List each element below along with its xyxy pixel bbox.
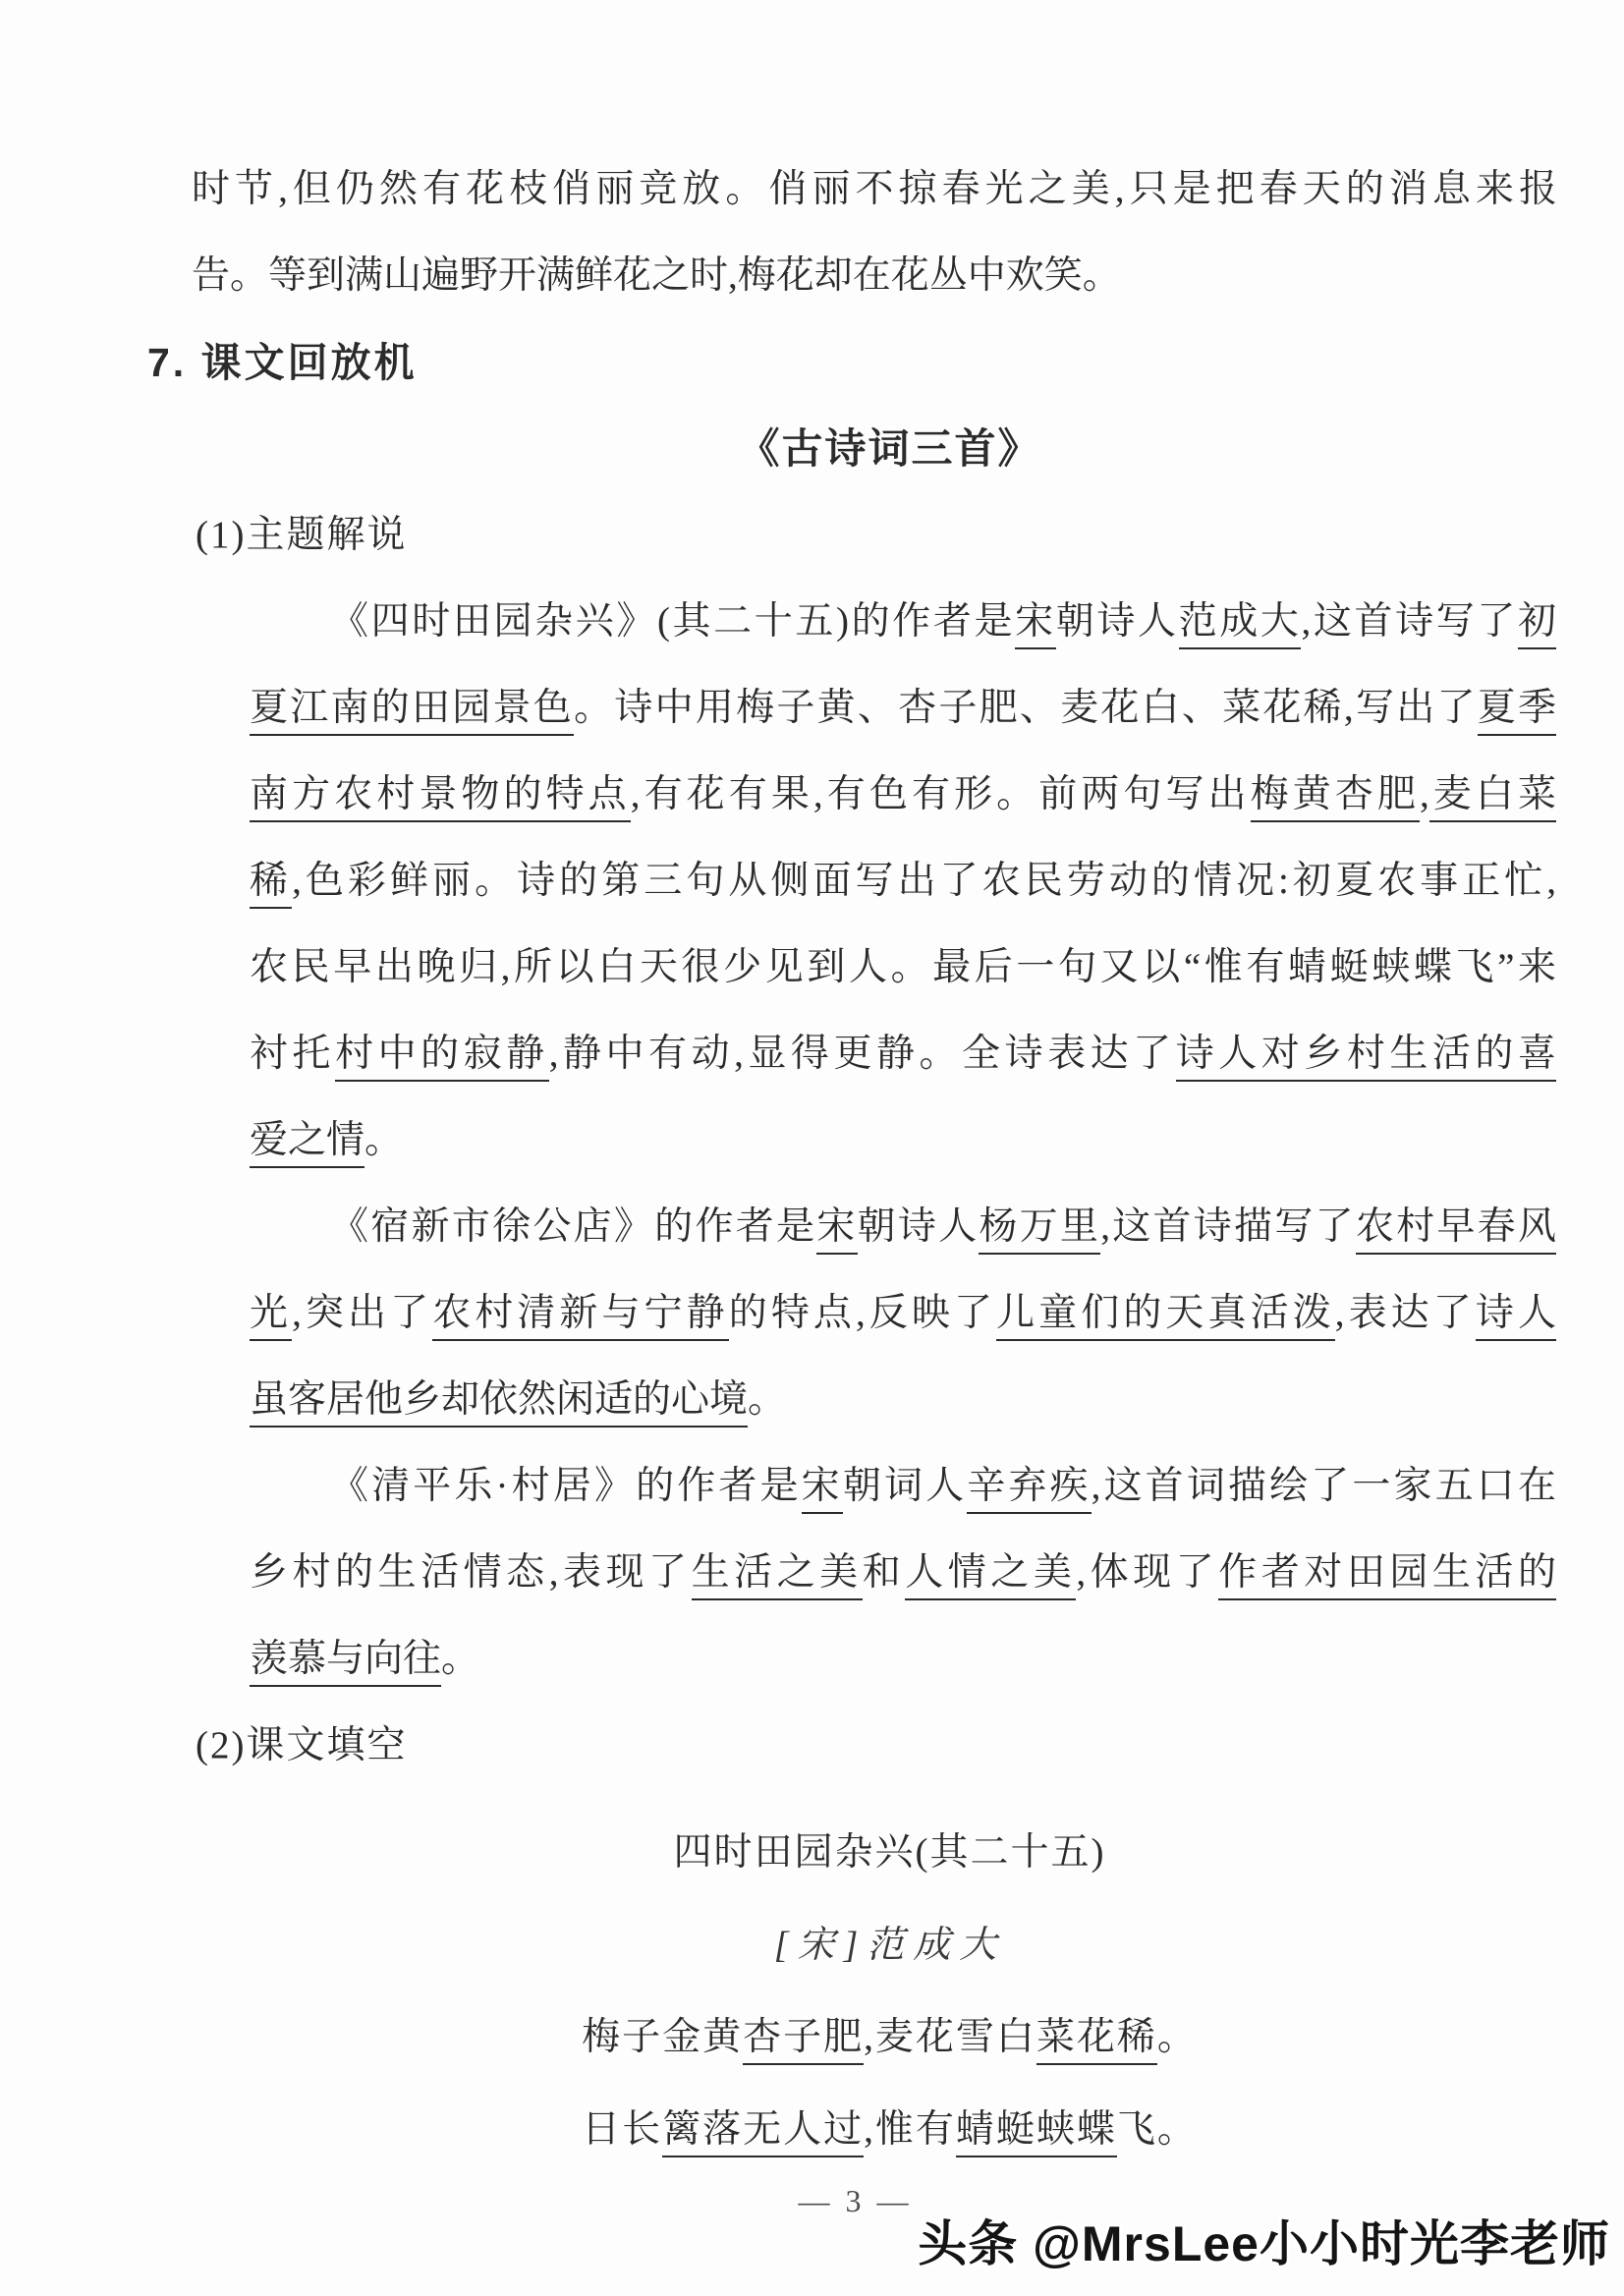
section-heading: 7. 课文回放机 <box>147 319 1624 406</box>
text-segment: 和 <box>863 1551 906 1594</box>
text-segment: ,这首诗写了 <box>1301 600 1517 643</box>
text-line: 稀,色彩鲜丽。诗的第三句从侧面写出了农民劳动的情况:初夏农事正忙, <box>250 838 1556 924</box>
poem-title: 四时田园杂兴(其二十五) <box>0 1807 1624 1899</box>
underlined-text: 宋 <box>802 1465 843 1514</box>
text-segment: 的特点,反映了 <box>729 1292 996 1334</box>
underlined-text: 篱落无人过 <box>662 2108 864 2157</box>
document-page: 时节,但仍然有花枝俏丽竞放。俏丽不掠春光之美,只是把春天的消息来报 告。等到满山… <box>0 0 1624 2296</box>
text-segment: 。 <box>748 1378 786 1421</box>
underlined-text: 夏季 <box>1478 687 1556 736</box>
text-line: 虽客居他乡却依然闲适的心境。 <box>250 1357 1556 1443</box>
underlined-text: 蜻蜓蛱蝶 <box>956 2108 1117 2157</box>
underlined-text: 梅黄杏肥 <box>1251 773 1420 822</box>
underlined-text: 初 <box>1518 600 1556 649</box>
underlined-text: 村中的寂静 <box>335 1033 549 1082</box>
underlined-text: 南方农村景物的特点 <box>250 773 631 822</box>
underlined-text: 诗人 <box>1476 1292 1556 1341</box>
text-segment: ,静中有动,显得更静。全诗表达了 <box>549 1033 1176 1075</box>
underlined-text: 麦白菜 <box>1429 773 1556 822</box>
text-segment: 朝词人 <box>843 1465 967 1507</box>
underlined-text: 儿童们的天真活泼 <box>996 1292 1335 1341</box>
watermark: 头条 @MrsLee小小时光李老师 <box>918 2205 1610 2275</box>
intro-text-line: 告。等到满山遍野开满鲜花之时,梅花却在花丛中欢笑。 <box>192 233 1557 319</box>
underlined-text: 菜花稀 <box>1036 2016 1157 2065</box>
text-segment: , <box>1420 773 1429 815</box>
text-segment: ,这首词描绘了一家五口在 <box>1092 1465 1556 1507</box>
text-line: 农民早出晚归,所以白天很少见到人。最后一句又以“惟有蜻蜓蛱蝶飞”来 <box>250 924 1556 1011</box>
text-line: 爱之情。 <box>250 1097 1556 1184</box>
text-segment: ,这首诗描写了 <box>1100 1205 1356 1248</box>
text-segment: 农民早出晚归,所以白天很少见到人。最后一句又以“惟有蜻蜓蛱蝶飞”来 <box>250 946 1556 988</box>
underlined-text: 杏子肥 <box>743 2016 864 2065</box>
text-segment: 乡村的生活情态,表现了 <box>250 1551 692 1594</box>
lesson-title: 《古诗词三首》 <box>0 406 1624 492</box>
underlined-text: 农村早春风 <box>1356 1205 1556 1255</box>
text-line: 《清平乐·村居》的作者是宋朝词人辛弃疾,这首词描绘了一家五口在 <box>250 1443 1556 1530</box>
text-line: 梅子金黄杏子肥,麦花雪白菜花稀。 <box>0 1991 1624 2084</box>
text-segment: 衬托 <box>250 1033 335 1075</box>
poem-body: 梅子金黄杏子肥,麦花雪白菜花稀。日长篱落无人过,惟有蜻蜓蛱蝶飞。 <box>0 1991 1624 2176</box>
text-segment: 朝诗人 <box>858 1205 980 1248</box>
subsection-1-label: (1)主题解说 <box>196 492 1624 579</box>
underlined-text: 光 <box>250 1292 292 1341</box>
text-line: 乡村的生活情态,表现了生活之美和人情之美,体现了作者对田园生活的 <box>250 1530 1556 1616</box>
poem-author: [宋]范成大 <box>0 1899 1624 1991</box>
text-line: 衬托村中的寂静,静中有动,显得更静。全诗表达了诗人对乡村生活的喜 <box>250 1011 1556 1097</box>
subsection-2-label: (2)课文填空 <box>196 1703 1624 1789</box>
text-segment: 朝诗人 <box>1056 600 1179 643</box>
underlined-text: 农村清新与宁静 <box>432 1292 729 1341</box>
underlined-text: 虽客居他乡却依然闲适的心境 <box>250 1378 748 1428</box>
text-segment: 飞。 <box>1117 2108 1198 2151</box>
underlined-text: 宋 <box>1015 600 1056 649</box>
underlined-text: 爱之情 <box>250 1119 364 1168</box>
text-segment: ,色彩鲜丽。诗的第三句从侧面写出了农民劳动的情况:初夏农事正忙, <box>292 860 1556 902</box>
text-line: 《四时田园杂兴》(其二十五)的作者是宋朝诗人范成大,这首诗写了初 <box>250 579 1556 665</box>
text-segment: 。诗中用梅子黄、杏子肥、麦花白、菜花稀,写出了 <box>574 687 1478 729</box>
page-content: 时节,但仍然有花枝俏丽竞放。俏丽不掠春光之美,只是把春天的消息来报 告。等到满山… <box>0 0 1624 2225</box>
text-segment: ,突出了 <box>292 1292 432 1334</box>
text-segment: ,有花有果,有色有形。前两句写出 <box>631 773 1251 815</box>
theme-paragraphs: 《四时田园杂兴》(其二十五)的作者是宋朝诗人范成大,这首诗写了初夏江南的田园景色… <box>0 579 1624 1703</box>
text-segment: 日长 <box>582 2108 662 2151</box>
text-segment: 梅子金黄 <box>582 2016 743 2058</box>
text-segment: 。 <box>1157 2016 1198 2058</box>
underlined-text: 羡慕与向往 <box>250 1638 441 1687</box>
text-segment: 。 <box>441 1638 479 1680</box>
text-line: 夏江南的田园景色。诗中用梅子黄、杏子肥、麦花白、菜花稀,写出了夏季 <box>250 665 1556 752</box>
text-line: 日长篱落无人过,惟有蜻蜓蛱蝶飞。 <box>0 2084 1624 2176</box>
underlined-text: 稀 <box>250 860 292 909</box>
text-segment: 。 <box>364 1119 403 1161</box>
underlined-text: 生活之美 <box>692 1551 863 1600</box>
text-line: 《宿新市徐公店》的作者是宋朝诗人杨万里,这首诗描写了农村早春风 <box>250 1184 1556 1270</box>
text-line: 光,突出了农村清新与宁静的特点,反映了儿童们的天真活泼,表达了诗人 <box>250 1270 1556 1357</box>
text-segment: ,体现了 <box>1076 1551 1218 1594</box>
intro-text-line: 时节,但仍然有花枝俏丽竞放。俏丽不掠春光之美,只是把春天的消息来报 <box>192 146 1557 233</box>
text-segment: ,麦花雪白 <box>864 2016 1036 2058</box>
underlined-text: 人情之美 <box>905 1551 1076 1600</box>
underlined-text: 范成大 <box>1179 600 1302 649</box>
underlined-text: 夏江南的田园景色 <box>250 687 574 736</box>
underlined-text: 杨万里 <box>979 1205 1100 1255</box>
underlined-text: 作者对田园生活的 <box>1218 1551 1556 1600</box>
text-line: 南方农村景物的特点,有花有果,有色有形。前两句写出梅黄杏肥,麦白菜 <box>250 752 1556 838</box>
text-segment: ,惟有 <box>864 2108 956 2151</box>
underlined-text: 辛弃疾 <box>967 1465 1091 1514</box>
text-segment: 《四时田园杂兴》(其二十五)的作者是 <box>330 600 1015 643</box>
underlined-text: 宋 <box>816 1205 857 1255</box>
text-segment: 《清平乐·村居》的作者是 <box>330 1465 802 1507</box>
underlined-text: 诗人对乡村生活的喜 <box>1176 1033 1556 1082</box>
spacer <box>0 1789 1624 1807</box>
text-line: 羡慕与向往。 <box>250 1616 1556 1703</box>
text-segment: 《宿新市徐公店》的作者是 <box>330 1205 816 1248</box>
text-segment: ,表达了 <box>1335 1292 1476 1334</box>
